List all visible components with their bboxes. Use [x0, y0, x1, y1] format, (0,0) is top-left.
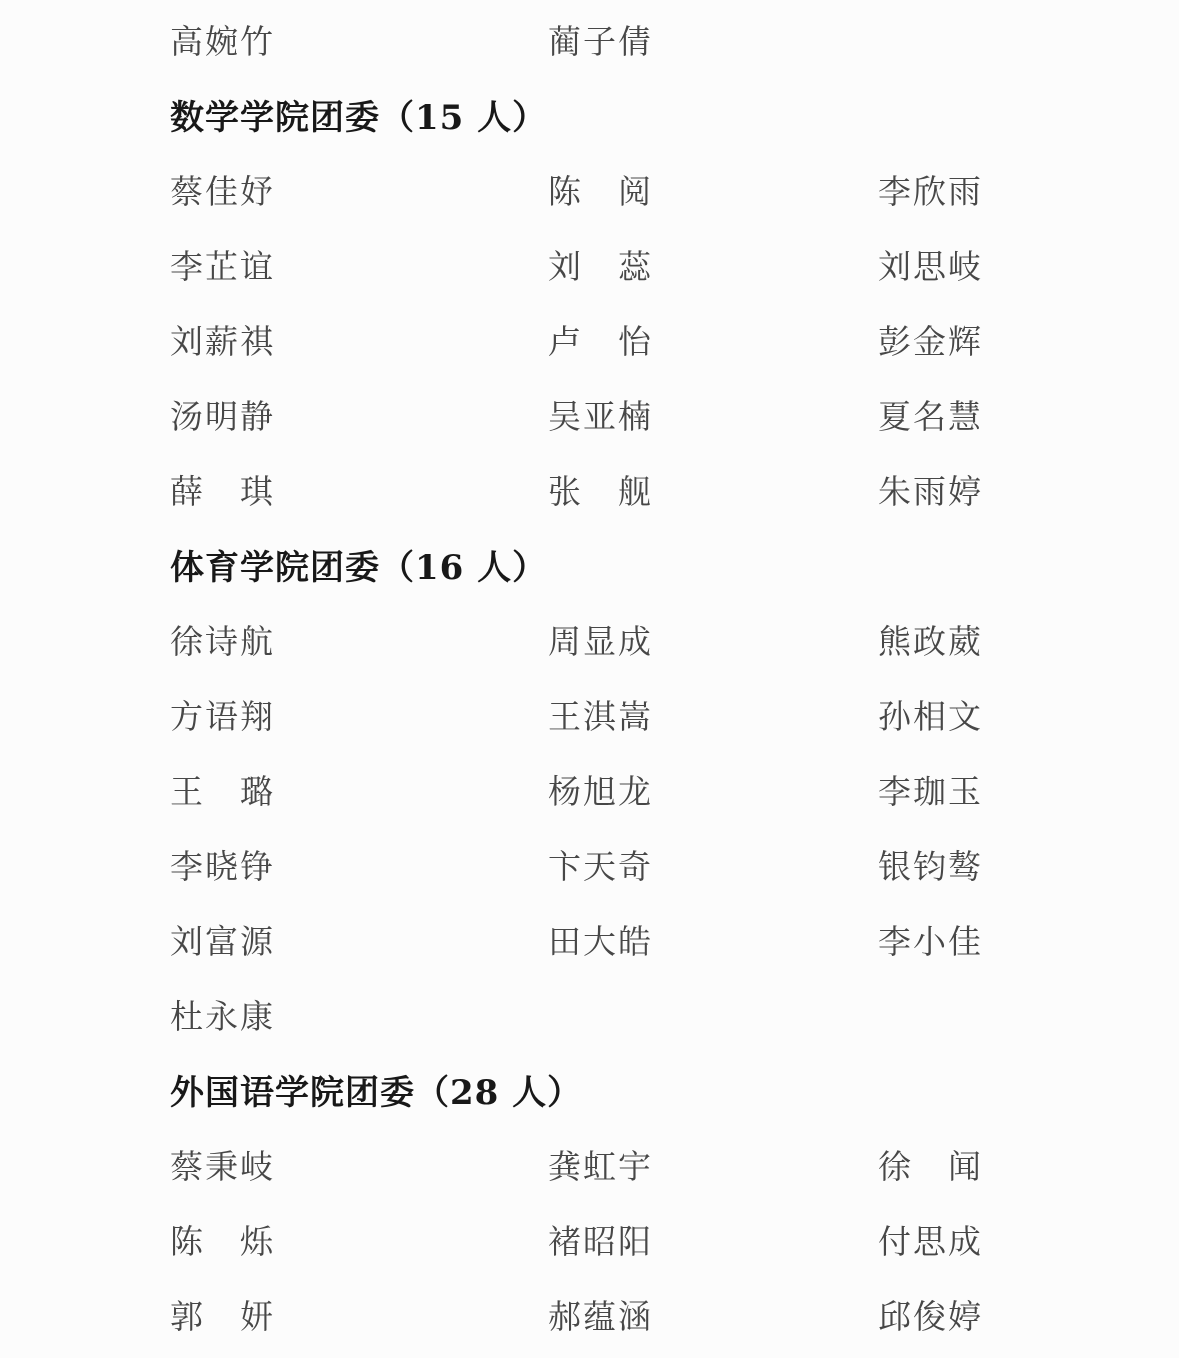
person-name: 周显成	[548, 616, 878, 663]
person-name: 熊政葳	[878, 616, 1179, 663]
person-name: 方语翔	[170, 691, 548, 738]
person-name: 陈 烁	[170, 1216, 548, 1263]
person-name: 褚昭阳	[548, 1216, 878, 1263]
name-row: 刘薪祺卢 怡彭金辉	[170, 302, 1179, 377]
person-name: 卞天奇	[548, 841, 878, 888]
person-name: 李珈玉	[878, 766, 1179, 813]
person-name: 彭金辉	[878, 316, 1179, 363]
person-name: 杨旭龙	[548, 766, 878, 813]
person-name: 郭 妍	[170, 1291, 548, 1338]
person-name: 杜永康	[170, 991, 548, 1038]
person-name: 徐 闻	[878, 1141, 1179, 1188]
name-row: 徐诗航周显成熊政葳	[170, 602, 1179, 677]
document-page: 高婉竹蔺子倩数学学院团委（15 人）蔡佳妤陈 阅李欣雨李芷谊刘 蕊刘思岐刘薪祺卢…	[0, 0, 1179, 1358]
person-name: 李欣雨	[878, 166, 1179, 213]
name-list: 高婉竹蔺子倩数学学院团委（15 人）蔡佳妤陈 阅李欣雨李芷谊刘 蕊刘思岐刘薪祺卢…	[170, 2, 1179, 1352]
name-row: 郭 妍郝蕴涵邱俊婷	[170, 1277, 1179, 1352]
person-name: 李芷谊	[170, 241, 548, 288]
section-title: 外国语学院团委（28 人）	[170, 1065, 582, 1114]
person-name: 孙相文	[878, 691, 1179, 738]
person-name: 王淇嵩	[548, 691, 878, 738]
person-name: 付思成	[878, 1216, 1179, 1263]
person-name: 夏名慧	[878, 391, 1179, 438]
person-name: 李小佳	[878, 916, 1179, 963]
person-name: 李晓铮	[170, 841, 548, 888]
person-name: 龚虹宇	[548, 1141, 878, 1188]
section-heading-row: 数学学院团委（15 人）	[170, 77, 1179, 152]
name-row: 陈 烁褚昭阳付思成	[170, 1202, 1179, 1277]
name-row: 汤明静吴亚楠夏名慧	[170, 377, 1179, 452]
person-name: 郝蕴涵	[548, 1291, 878, 1338]
name-row: 方语翔王淇嵩孙相文	[170, 677, 1179, 752]
name-row: 李芷谊刘 蕊刘思岐	[170, 227, 1179, 302]
person-name: 刘富源	[170, 916, 548, 963]
section-heading-row: 外国语学院团委（28 人）	[170, 1052, 1179, 1127]
person-name: 汤明静	[170, 391, 548, 438]
name-row: 薛 琪张 舰朱雨婷	[170, 452, 1179, 527]
person-name: 吴亚楠	[548, 391, 878, 438]
person-name: 薛 琪	[170, 466, 548, 513]
person-name: 卢 怡	[548, 316, 878, 363]
name-row: 高婉竹蔺子倩	[170, 2, 1179, 77]
person-name: 张 舰	[548, 466, 878, 513]
name-row: 刘富源田大皓李小佳	[170, 902, 1179, 977]
person-name: 刘思岐	[878, 241, 1179, 288]
name-row: 杜永康	[170, 977, 1179, 1052]
person-name: 高婉竹	[170, 16, 548, 63]
person-name: 蔺子倩	[548, 16, 878, 63]
name-row: 李晓铮卞天奇银钧骜	[170, 827, 1179, 902]
person-name: 刘 蕊	[548, 241, 878, 288]
person-name: 蔡秉岐	[170, 1141, 548, 1188]
name-row: 蔡秉岐龚虹宇徐 闻	[170, 1127, 1179, 1202]
person-name: 银钧骜	[878, 841, 1179, 888]
person-name: 邱俊婷	[878, 1291, 1179, 1338]
section-title: 数学学院团委（15 人）	[170, 90, 547, 139]
person-name: 刘薪祺	[170, 316, 548, 363]
person-name: 王 璐	[170, 766, 548, 813]
section-title: 体育学院团委（16 人）	[170, 540, 547, 589]
name-row: 王 璐杨旭龙李珈玉	[170, 752, 1179, 827]
person-name: 蔡佳妤	[170, 166, 548, 213]
person-name: 朱雨婷	[878, 466, 1179, 513]
person-name: 徐诗航	[170, 616, 548, 663]
person-name: 田大皓	[548, 916, 878, 963]
person-name: 陈 阅	[548, 166, 878, 213]
name-row: 蔡佳妤陈 阅李欣雨	[170, 152, 1179, 227]
section-heading-row: 体育学院团委（16 人）	[170, 527, 1179, 602]
